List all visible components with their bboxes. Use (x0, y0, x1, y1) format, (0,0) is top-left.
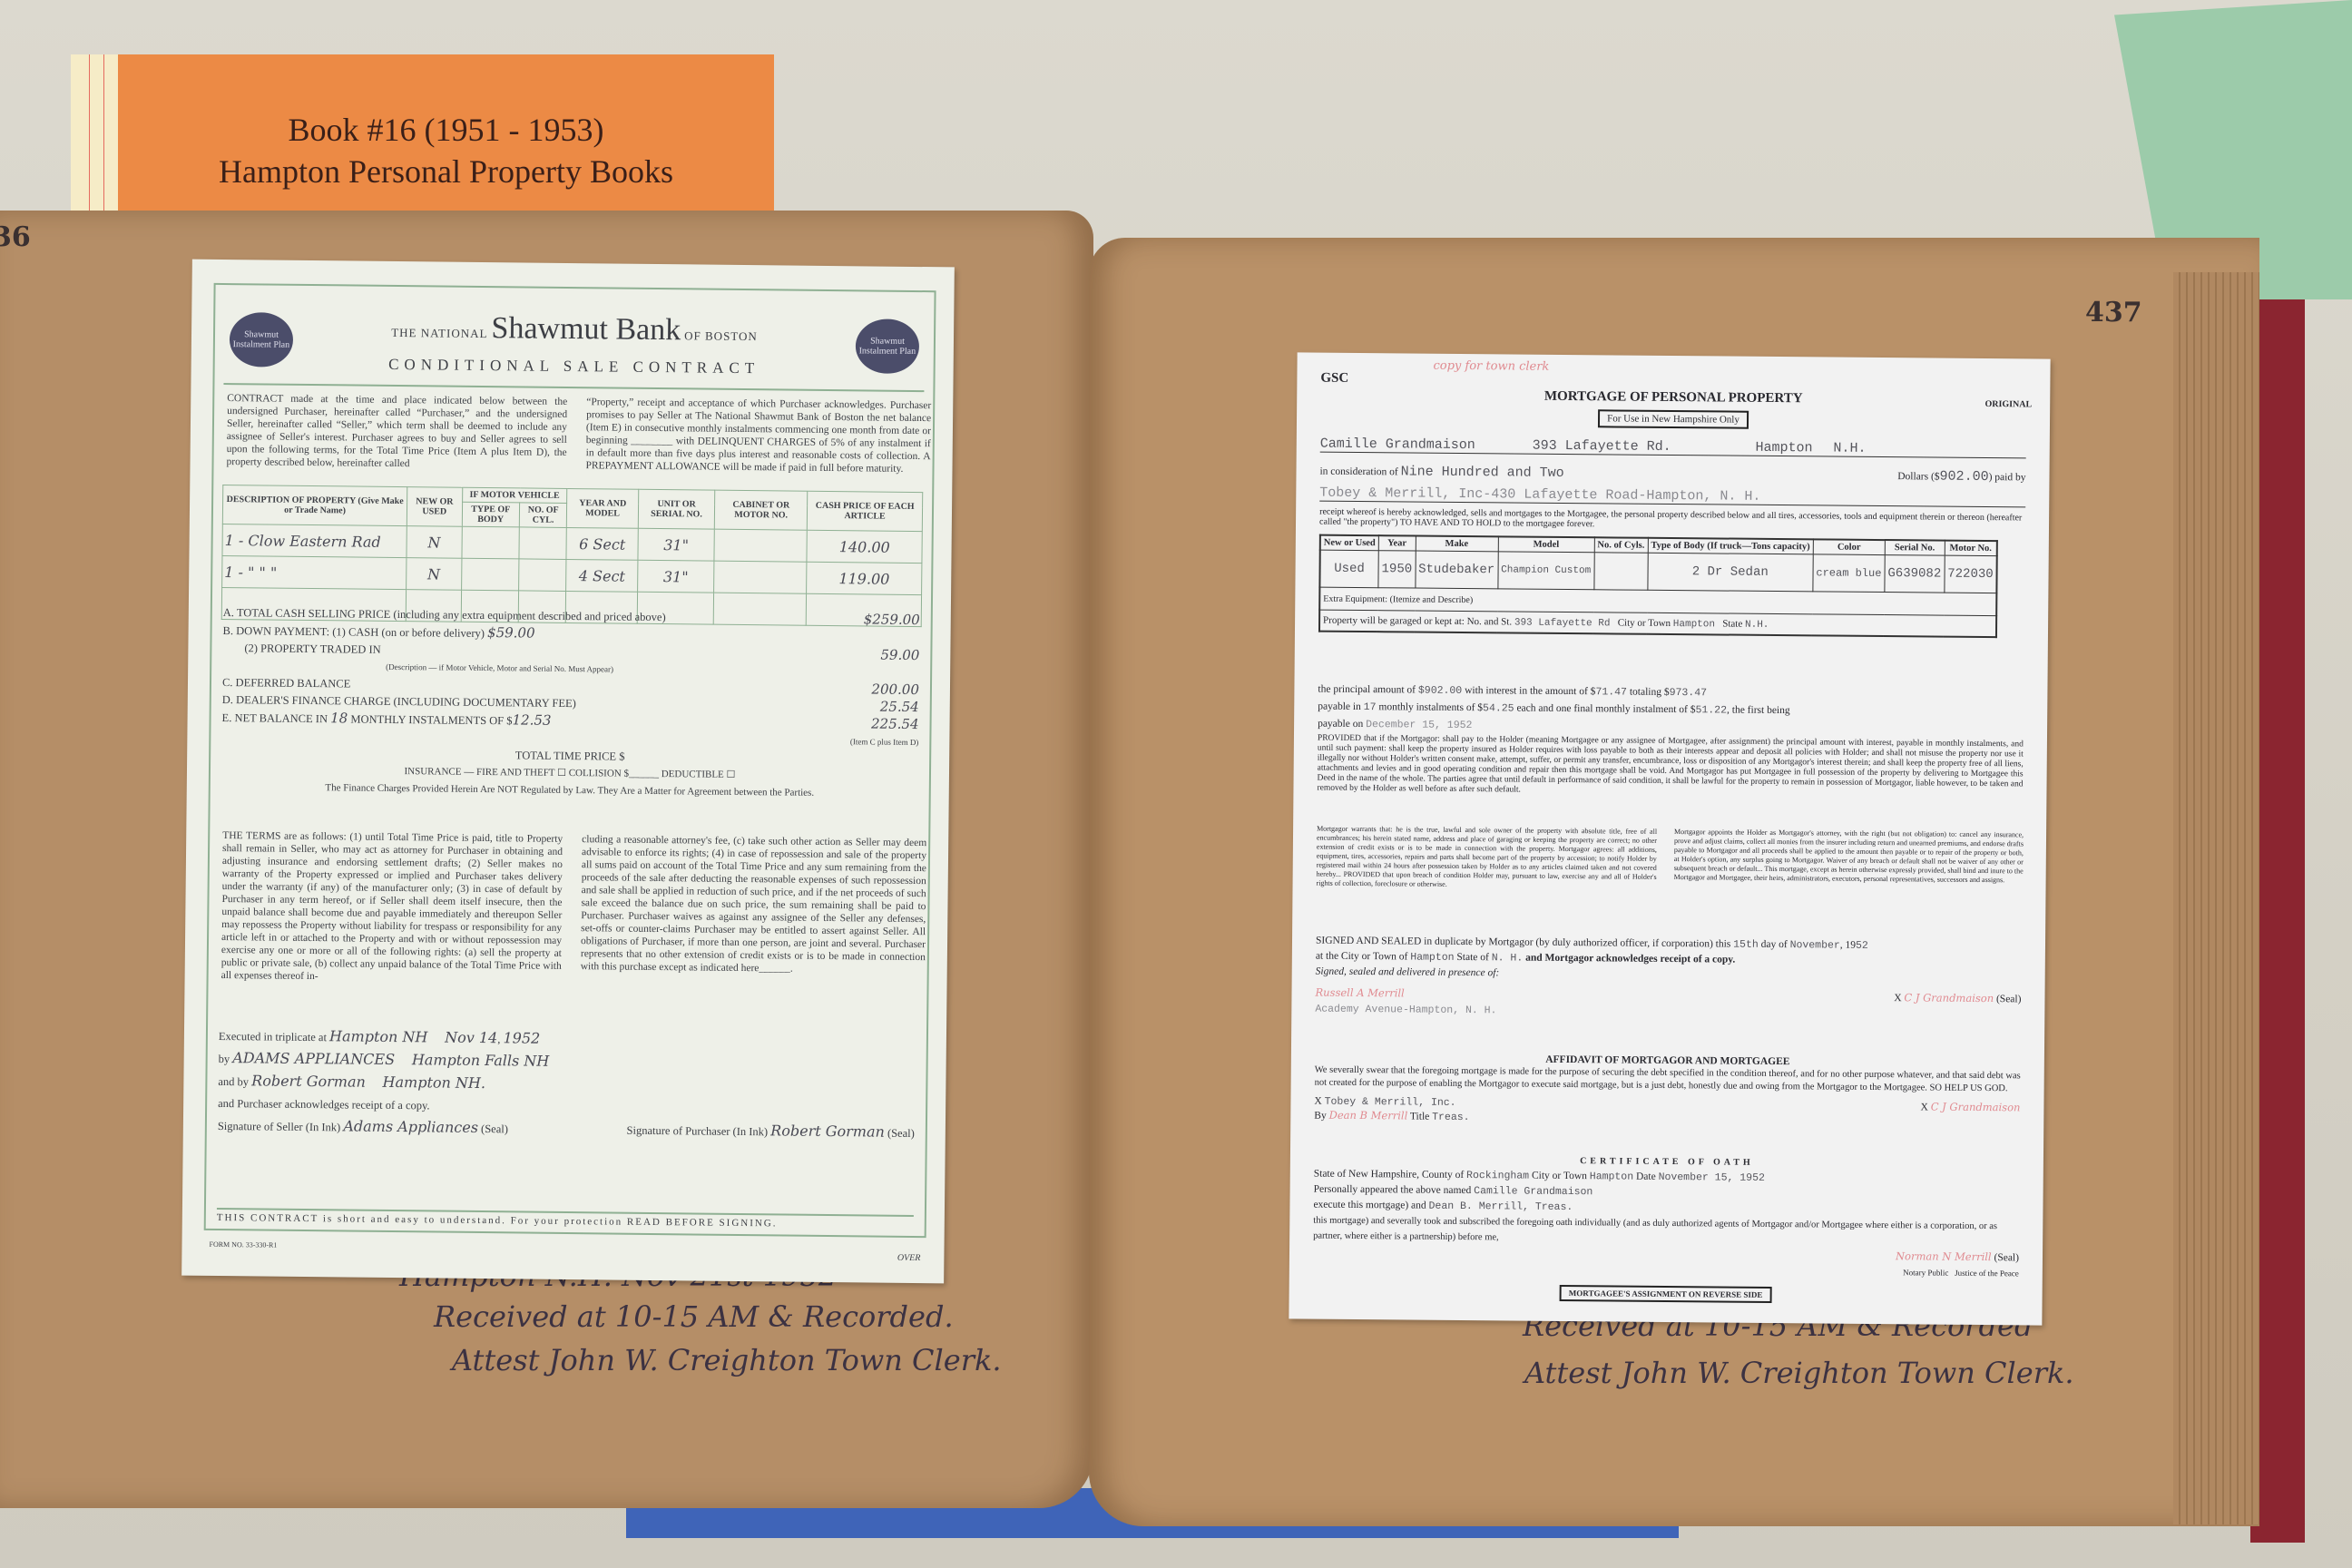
witness-signature: Russell A Merrill (1315, 985, 1404, 1003)
contract-frame: Shawmut Instalment Plan Shawmut Instalme… (204, 283, 936, 1238)
mortgage-title: MORTGAGE OF PERSONAL PROPERTY (1297, 387, 2050, 408)
contract-title: CONDITIONAL SALE CONTRACT (224, 354, 925, 379)
mortgagor-name: Camille Grandmaison (1320, 436, 1475, 453)
book-label-line2: Hampton Personal Property Books (118, 152, 774, 191)
affidavit: AFFIDAVIT OF MORTGAGOR AND MORTGAGEE We … (1314, 1052, 2021, 1130)
fine-print-right: Mortgagor appoints the Holder as Mortgag… (1674, 828, 2024, 885)
right-annotation-line2: Attest John W. Creighton Town Clerk. (1524, 1356, 2074, 1390)
left-annotation-line3: Attest John W. Creighton Town Clerk. (452, 1343, 1002, 1377)
left-annotation-line2: Received at 10-15 AM & Recorded. (434, 1299, 954, 1334)
book-label: Book #16 (1951 - 1953) Hampton Personal … (71, 54, 774, 231)
fine-print-left: Mortgagor warrants that: he is the true,… (1317, 825, 1658, 891)
assignment-note: MORTGAGEE'S ASSIGNMENT ON REVERSE SIDE (1560, 1285, 1772, 1303)
mortgagor-state: N.H. (1833, 441, 1866, 456)
consideration-amount: Nine Hundred and Two (1401, 464, 1564, 481)
intro-right: “Property,” receipt and acceptance of wh… (585, 396, 931, 475)
signed-block: SIGNED AND SEALED in duplicate by Mortga… (1315, 934, 2022, 1024)
over-label: OVER (897, 1253, 921, 1263)
notary-signature: Norman N Merrill (1896, 1249, 1992, 1263)
vehicle-table: New or UsedYearMake ModelNo. of Cyls.Typ… (1318, 534, 1998, 639)
certificate-of-oath: CERTIFICATE OF OATH State of New Hampshi… (1313, 1151, 2020, 1282)
page-number-right: 437 (2085, 297, 2142, 328)
mortgagee-name: Tobey & Merrill, Inc-430 Lafayette Road-… (1319, 485, 1760, 505)
bank-name: THE NATIONAL Shawmut Bank OF BOSTON (224, 309, 925, 350)
price-items: A. TOTAL CASH SELLING PRICE (including a… (221, 604, 920, 803)
page-edges (2173, 272, 2259, 1524)
intro-left: CONTRACT made at the time and place indi… (226, 392, 567, 472)
red-note: copy for town clerk (1433, 359, 1549, 374)
book-label-line1: Book #16 (1951 - 1953) (118, 111, 774, 149)
nh-only-box: For Use in New Hampshire Only (1598, 409, 1749, 428)
mortgagor-street: 393 Lafayette Rd. (1533, 438, 1671, 455)
preamble: receipt whereof is hereby acknowledged, … (1319, 507, 2025, 534)
body-text: PROVIDED that if the Mortgagor: shall pa… (1317, 734, 2024, 800)
mortgagor-town: Hampton (1756, 440, 1813, 456)
payment-terms: the principal amount of $902.00 with int… (1318, 681, 2024, 740)
contract-footer: THIS CONTRACT is short and easy to under… (217, 1208, 914, 1230)
table-row: Used1950Studebaker Champion Custom2 Dr S… (1319, 550, 1996, 593)
form-number: FORM NO. 33-330-R1 (209, 1240, 277, 1249)
terms-right: cluding a reasonable attorney's fee, (c)… (581, 833, 927, 976)
original-badge: ORIGINAL (1984, 399, 2032, 409)
terms-left: THE TERMS are as follows: (1) until Tota… (221, 829, 563, 985)
contract-header: Shawmut Instalment Plan Shawmut Instalme… (223, 301, 925, 392)
conditional-sale-contract: Shawmut Instalment Plan Shawmut Instalme… (181, 260, 955, 1284)
mortgagor-signature: C J Grandmaison (1904, 991, 1994, 1004)
mortgage-personal-property: GSC copy for town clerk MORTGAGE OF PERS… (1289, 352, 2050, 1325)
execution-block: Executed in triplicate at Hampton NH Nov… (218, 1024, 916, 1144)
form-code: GSC (1320, 371, 1348, 387)
page-number-left: 36 (0, 221, 31, 253)
